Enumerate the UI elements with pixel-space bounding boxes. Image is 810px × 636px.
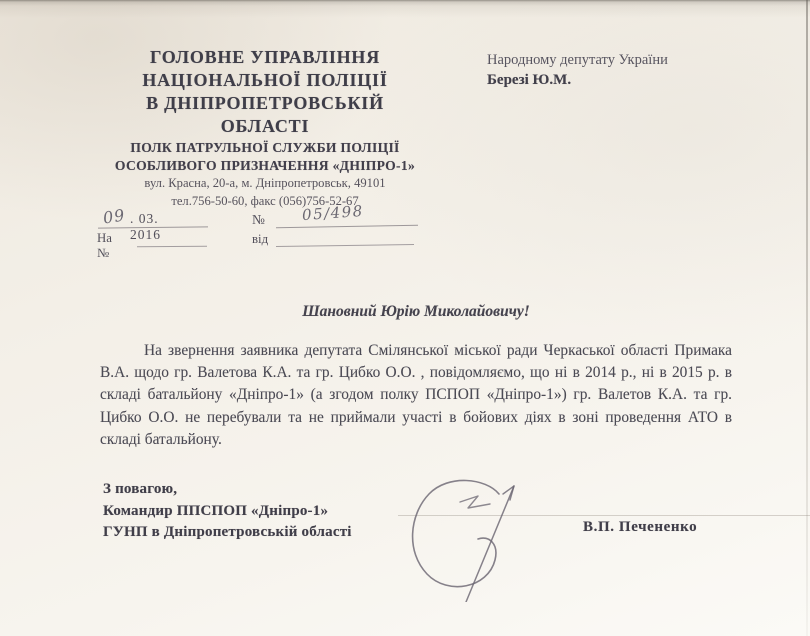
signoff-block: З повагою, Командир ППСПОП «Дніпро-1» ГУ… [103, 479, 352, 544]
body-paragraph: На звернення заявника депутата Смілянськ… [100, 340, 732, 451]
org-name-line: ГОЛОВНЕ УПРАВЛІННЯ [100, 46, 430, 69]
blank-underline [137, 246, 207, 248]
org-name-line: В ДНІПРОПЕТРОВСЬКІЙ [100, 92, 430, 115]
number-sign: № [252, 212, 265, 228]
signer-title-line: Командир ППСПОП «Дніпро-1» [103, 501, 352, 523]
recipient-name: Березі Ю.М. [487, 70, 787, 91]
org-phone-fax: тел.756-50-60, факс (056)756-52-67 [100, 194, 430, 210]
blank-underline [276, 225, 418, 228]
closing-phrase: З повагою, [103, 479, 352, 501]
letterhead: ГОЛОВНЕ УПРАВЛІННЯ НАЦІОНАЛЬНОЇ ПОЛІЦІЇ … [100, 46, 430, 209]
unit-name-line: ОСОБЛИВОГО ПРИЗНАЧЕННЯ «ДНІПРО-1» [100, 157, 430, 174]
salutation: Шановний Юрію Миколайовичу! [100, 303, 732, 321]
recipient-block: Народному депутату України Березі Ю.М. [487, 50, 787, 91]
signer-name: В.П. Печененко [583, 519, 697, 536]
scan-right-edge-shadow [806, 0, 808, 636]
signer-title-line: ГУНП в Дніпропетровській області [103, 522, 352, 544]
recipient-title: Народному депутату України [487, 50, 787, 70]
scan-top-edge-shadow [0, 0, 810, 18]
org-address: вул. Красна, 20-а, м. Дніпропетровськ, 4… [100, 176, 430, 192]
reply-to-number-label: На № [97, 231, 112, 261]
org-name-line: НАЦІОНАЛЬНОЇ ПОЛІЦІЇ [100, 69, 430, 92]
blank-underline [276, 244, 414, 247]
org-name-line: ОБЛАСТІ [100, 115, 430, 138]
from-date-label: від [252, 232, 268, 247]
scanned-letter-page: ГОЛОВНЕ УПРАВЛІННЯ НАЦІОНАЛЬНОЇ ПОЛІЦІЇ … [0, 0, 810, 636]
handwritten-day: 09 [102, 205, 127, 227]
unit-name-line: ПОЛК ПАТРУЛЬНОЇ СЛУЖБИ ПОЛІЦІЇ [100, 139, 430, 156]
handwritten-outgoing-number: 05/498 [301, 202, 364, 224]
handwritten-signature [402, 452, 532, 602]
